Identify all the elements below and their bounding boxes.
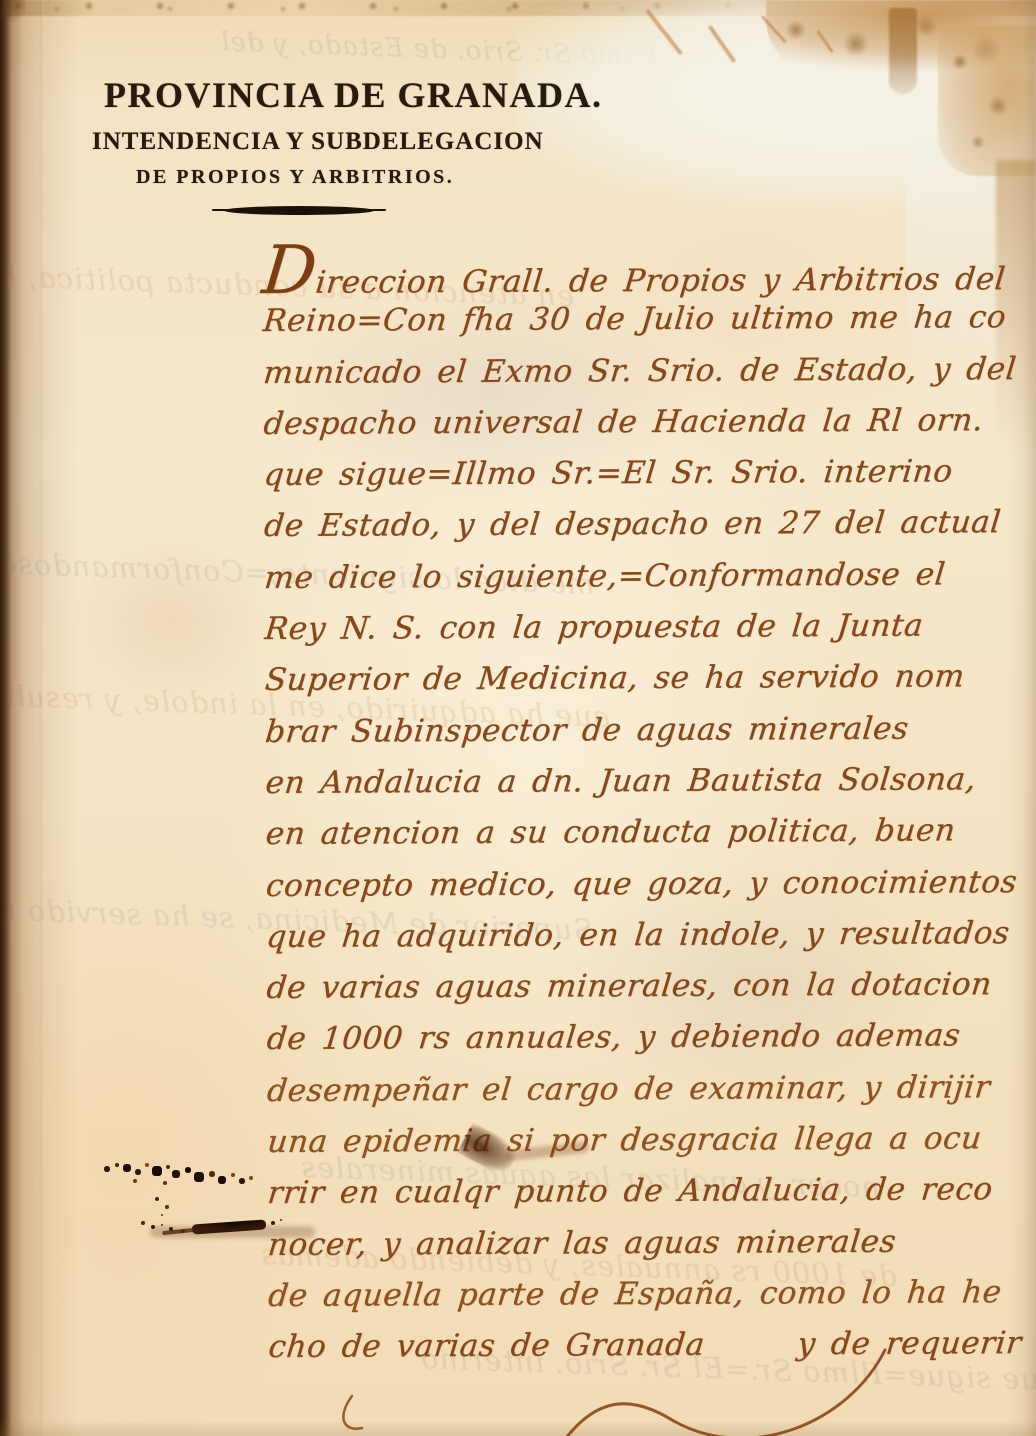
manuscript-line: que sigue=Illmo Sr.=El Sr. Srio. interin… bbox=[261, 446, 1036, 501]
ink-smudge bbox=[150, 1226, 315, 1238]
manuscript-line: una epidemia si por desgracia llega a oc… bbox=[265, 1113, 1036, 1168]
manuscript-line: de Estado, y del despacho en 27 del actu… bbox=[262, 497, 1036, 552]
water-damage-stain bbox=[889, 8, 917, 94]
manuscript-line: desempeñar el cargo de examinar, y dirij… bbox=[265, 1062, 1036, 1117]
manuscript-line: municado el Exmo Sr. Srio. de Estado, y … bbox=[261, 344, 1036, 399]
manuscript-line: Direccion Grall. de Propios y Arbitrios … bbox=[260, 241, 1035, 296]
letterhead-department-line: DE PROPIOS Y ARBITRIOS. bbox=[136, 166, 454, 189]
manuscript-line: que ha adquirido, en la indole, y result… bbox=[264, 908, 1036, 963]
manuscript-line: Reino=Con fha 30 de Julio ultimo me ha c… bbox=[261, 292, 1036, 347]
manuscript-line: rrir en cualqr punto de Andalucia, de re… bbox=[265, 1164, 1036, 1219]
manuscript-line: Superior de Medicina, se ha servido nom bbox=[262, 651, 1036, 706]
manuscript-line: en atencion a su conducta politica, buen bbox=[263, 805, 1036, 860]
fold-crease bbox=[40, 0, 44, 1436]
manuscript-line: brar Subinspector de aguas minerales bbox=[263, 703, 1036, 758]
manuscript-line: de aquella parte de España, como lo ha h… bbox=[266, 1267, 1036, 1322]
ink-blot-spatter bbox=[104, 1158, 106, 1160]
manuscript-line: de 1000 rs annuales, y debiendo ademas bbox=[264, 1010, 1036, 1065]
manuscript-line: nocer, y analizar las aguas minerales bbox=[265, 1216, 1036, 1271]
letterhead-swelled-rule bbox=[212, 206, 386, 215]
manuscript-line: me dice lo siguiente,=Conformandose el bbox=[262, 549, 1036, 604]
manuscript-page: municado el Exmo Sr. Srio. de Estado, y … bbox=[0, 0, 1036, 1436]
manuscript-line: concepto medico, que goza, y conocimient… bbox=[264, 857, 1036, 912]
manuscript-body: Direccion Grall. de Propios y Arbitrios … bbox=[260, 241, 1036, 1374]
ink-blot-spatter bbox=[140, 1214, 142, 1216]
letterhead-province-line: PROVINCIA DE GRANADA. bbox=[104, 74, 603, 116]
rule-swell bbox=[224, 206, 374, 215]
manuscript-line: cho de varias de Granada y de requerir bbox=[266, 1318, 1036, 1373]
manuscript-line: de varias aguas minerales, con la dotaci… bbox=[264, 959, 1036, 1014]
manuscript-line: en Andalucia a dn. Juan Bautista Solsona… bbox=[263, 754, 1036, 809]
page-edge-shadow bbox=[0, 1420, 1036, 1436]
manuscript-line: Rey N. S. con la propuesta de la Junta bbox=[262, 600, 1036, 655]
bleedthrough-blob bbox=[70, 540, 270, 700]
letterhead-office-line: INTENDENCIA Y SUBDELEGACION bbox=[92, 128, 544, 156]
manuscript-line: despacho universal de Hacienda la Rl orn… bbox=[261, 395, 1036, 450]
